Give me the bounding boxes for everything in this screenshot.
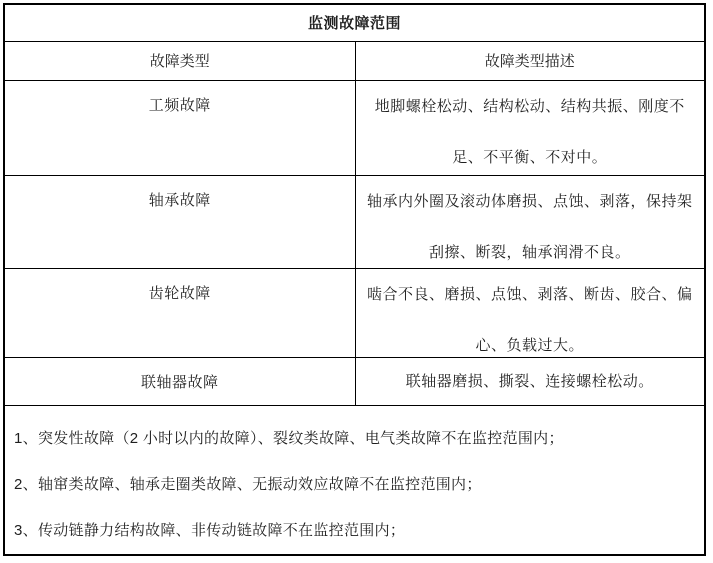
table-title: 监测故障范围 [308,12,401,33]
fault-type-cell: 联轴器故障 [5,358,355,405]
footnote-1: 1、突发性故障（2 小时以内的故障）、裂纹类故障、电气类故障不在监控范围内； [14,416,694,462]
footnote-2: 2、轴窜类故障、轴承走圈类故障、无振动效应故障不在监控范围内； [14,462,694,508]
fault-scope-table: 监测故障范围 故障类型 故障类型描述 工频故障 地脚螺栓松动、结构松动、结构共振… [3,3,706,556]
column-header-fault-description: 故障类型描述 [355,42,705,80]
column-header-fault-type: 故障类型 [5,42,355,80]
table-title-row: 监测故障范围 [5,5,704,42]
fault-description-cell: 啮合不良、磨损、点蚀、剥落、断齿、胶合、偏心、负载过大。 [355,269,705,357]
fault-description-cell: 地脚螺栓松动、结构松动、结构共振、刚度不足、不平衡、不对中。 [355,81,705,175]
fault-description-cell: 轴承内外圈及滚动体磨损、点蚀、剥落，保持架刮擦、断裂，轴承润滑不良。 [355,176,705,268]
fault-description-cell: 联轴器磨损、撕裂、连接螺栓松动。 [355,358,705,405]
fault-type-cell: 轴承故障 [5,176,355,268]
table-row: 联轴器故障 联轴器磨损、撕裂、连接螺栓松动。 [5,358,704,406]
table-row: 轴承故障 轴承内外圈及滚动体磨损、点蚀、剥落，保持架刮擦、断裂，轴承润滑不良。 [5,176,704,269]
fault-type-cell: 工频故障 [5,81,355,175]
footnote-3: 3、传动链静力结构故障、非传动链故障不在监控范围内； [14,508,694,554]
table-header-row: 故障类型 故障类型描述 [5,42,704,81]
table-row: 齿轮故障 啮合不良、磨损、点蚀、剥落、断齿、胶合、偏心、负载过大。 [5,269,704,358]
table-footnotes: 1、突发性故障（2 小时以内的故障）、裂纹类故障、电气类故障不在监控范围内； 2… [5,406,704,554]
table-row: 工频故障 地脚螺栓松动、结构松动、结构共振、刚度不足、不平衡、不对中。 [5,81,704,176]
fault-type-cell: 齿轮故障 [5,269,355,357]
